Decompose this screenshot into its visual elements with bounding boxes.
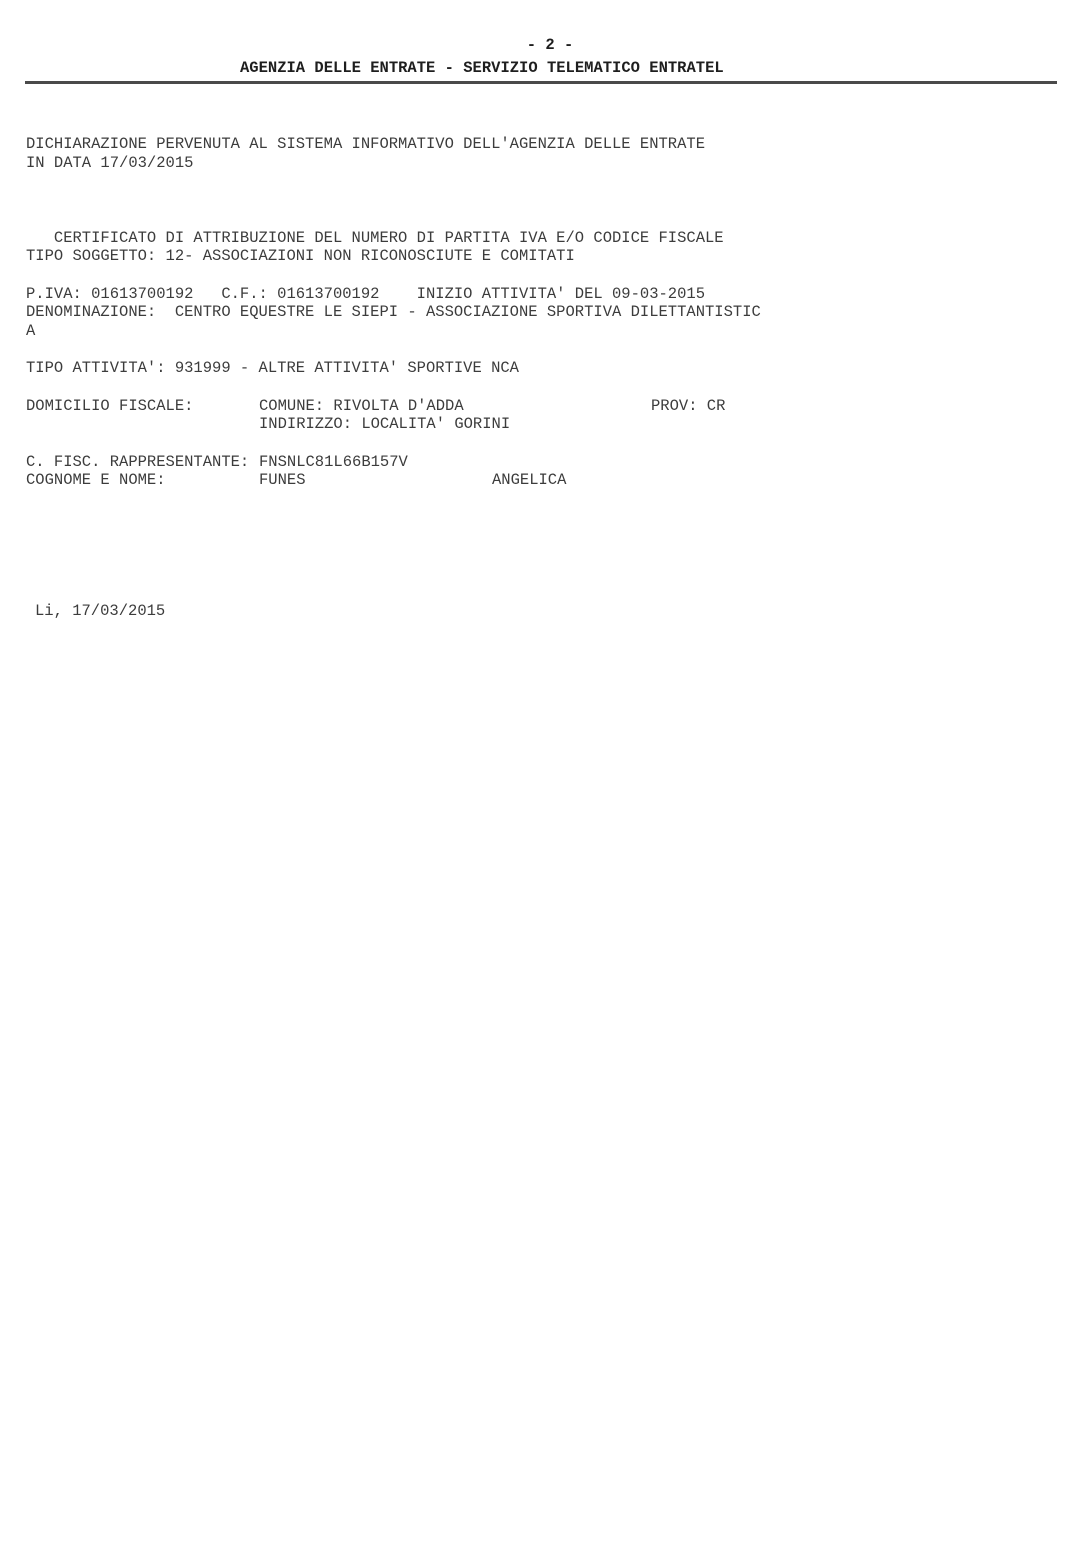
id-line: P.IVA: 01613700192 C.F.: 01613700192 INI…	[26, 285, 705, 303]
denominazione-line-1: DENOMINAZIONE: CENTRO EQUESTRE LE SIEPI …	[26, 303, 761, 321]
rappresentante-cf-label: C. FISC. RAPPRESENTANTE:	[26, 453, 249, 471]
domicilio-comune: COMUNE: RIVOLTA D'ADDA	[259, 397, 464, 415]
rappresentante-name-label: COGNOME E NOME:	[26, 471, 166, 489]
tipo-attivita: TIPO ATTIVITA': 931999 - ALTRE ATTIVITA'…	[26, 359, 519, 377]
page-number: - 2 -	[0, 36, 1088, 54]
header-divider	[25, 81, 1057, 84]
domicilio-prov: PROV: CR	[651, 397, 725, 415]
place-date: Li, 17/03/2015	[35, 602, 165, 620]
certificate-title: CERTIFICATO DI ATTRIBUZIONE DEL NUMERO D…	[26, 229, 724, 247]
rappresentante-nome: ANGELICA	[492, 471, 566, 489]
rappresentante-cf-value: FNSNLC81L66B157V	[259, 453, 408, 471]
denominazione-line-2: A	[26, 322, 35, 340]
receipt-line-2: IN DATA 17/03/2015	[26, 154, 193, 172]
domicilio-label: DOMICILIO FISCALE:	[26, 397, 193, 415]
document-header-title: AGENZIA DELLE ENTRATE - SERVIZIO TELEMAT…	[240, 59, 724, 77]
receipt-line-1: DICHIARAZIONE PERVENUTA AL SISTEMA INFOR…	[26, 135, 705, 153]
tipo-soggetto: TIPO SOGGETTO: 12- ASSOCIAZIONI NON RICO…	[26, 247, 575, 265]
rappresentante-cognome: FUNES	[259, 471, 306, 489]
domicilio-indirizzo: INDIRIZZO: LOCALITA' GORINI	[259, 415, 510, 433]
